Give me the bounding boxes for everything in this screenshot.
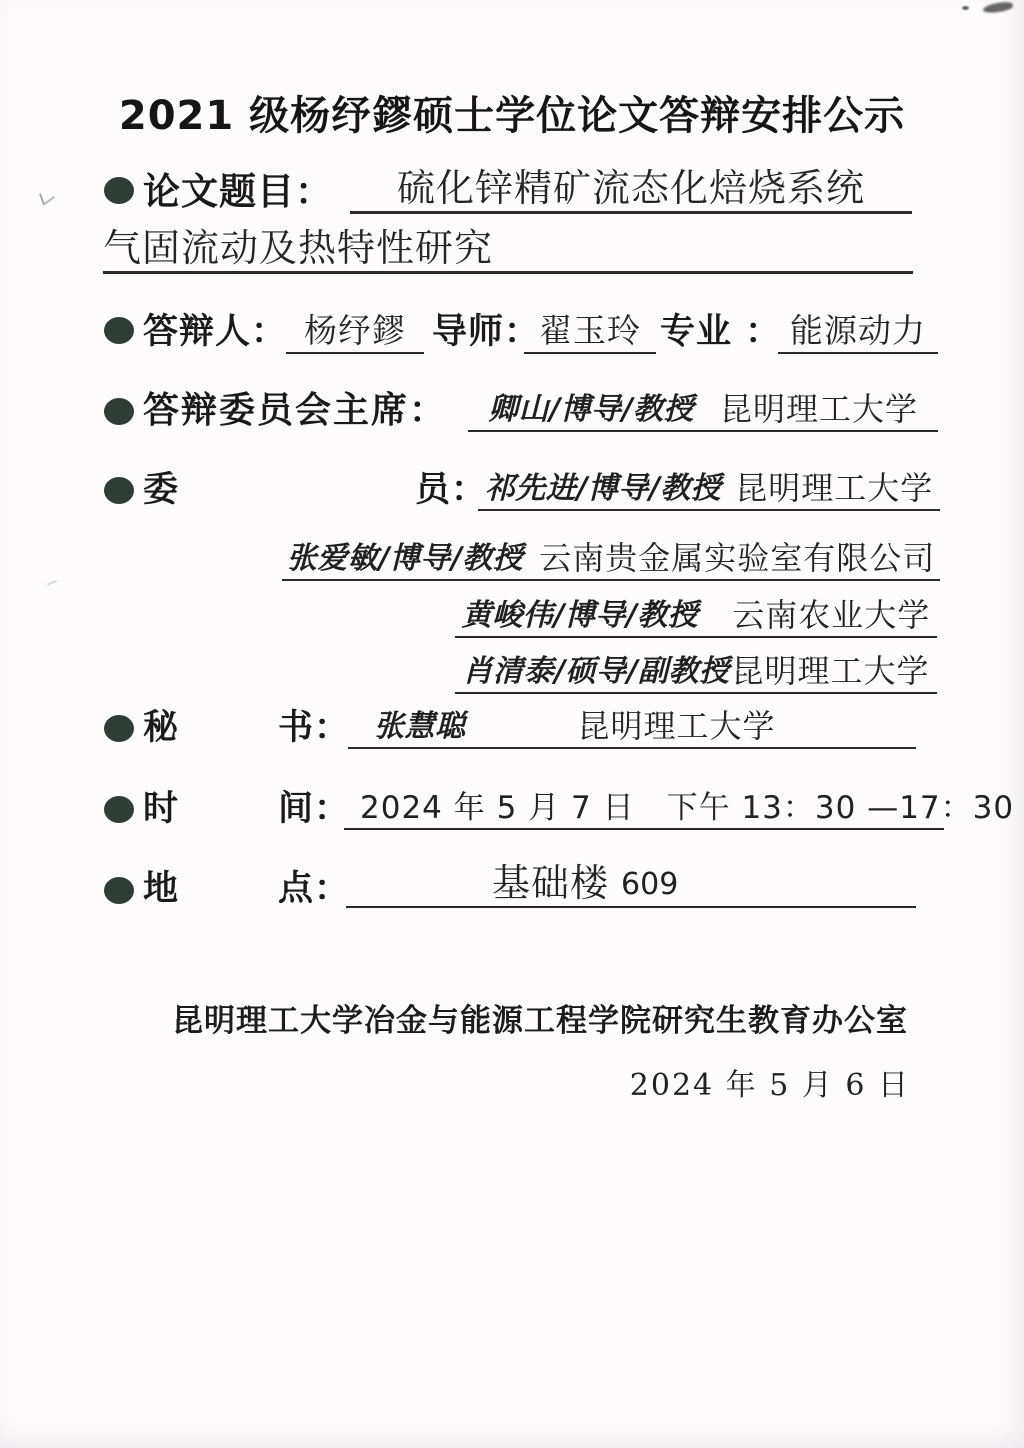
- scanned-notice-page: 2021 级杨纾鏐硕士学位论文答辩安排公示 论文题目： 硫化锌精矿流态化焙烧系统…: [0, 0, 1024, 1448]
- location-label-left: 地: [143, 869, 179, 909]
- defender-name: 杨纾鏐: [304, 310, 406, 352]
- bullet-icon: [104, 796, 134, 823]
- defender-name-field: 杨纾鏐: [286, 306, 424, 354]
- scan-artifact: [983, 1, 1014, 14]
- committee-member-org: 云南农业大学: [732, 595, 930, 636]
- committee-member-name: 黄峻伟/博导/教授: [462, 596, 698, 636]
- supervisor-name: 翟玉玲: [539, 310, 641, 352]
- bullet-icon: [104, 398, 134, 425]
- scan-artifact: [45, 575, 57, 586]
- major-field: 能源动力: [778, 306, 938, 354]
- committee-member-org: 云南贵金属实验室有限公司: [539, 538, 935, 579]
- location-label-right: 点：: [278, 869, 350, 909]
- location-room-number: 609: [621, 865, 678, 905]
- bullet-icon: [104, 477, 134, 504]
- footer-office: 昆明理工大学冶金与能源工程学院研究生教育办公室: [130, 1002, 950, 1040]
- committee-label-right: 员：: [415, 470, 487, 510]
- secretary-label-right: 书：: [278, 708, 350, 748]
- bullet-icon: [104, 177, 134, 204]
- secretary-name: 张慧聪: [374, 707, 466, 747]
- committee-label-left: 委: [143, 470, 179, 510]
- thesis-title-label: 论文题目：: [143, 172, 333, 212]
- scan-artifact: [962, 6, 969, 10]
- thesis-title-field-line2: 气固流动及热特性研究: [103, 224, 913, 274]
- chair-label: 答辩委员会主席：: [143, 391, 447, 431]
- scan-artifact: [39, 186, 55, 206]
- time-field: 2024 年 5 月 7 日 下午 13：30 —17：30: [344, 782, 944, 830]
- time-value: 2024 年 5 月 7 日 下午 13：30 —17：30: [360, 788, 1014, 828]
- chair-org: 昆明理工大学: [720, 389, 918, 430]
- major-label: 专业 ：: [660, 312, 781, 352]
- page-title: 2021 级杨纾鏐硕士学位论文答辩安排公示: [0, 92, 1024, 140]
- bullet-icon: [104, 317, 134, 344]
- committee-member-org: 昆明理工大学: [731, 651, 929, 692]
- major-value: 能源动力: [790, 310, 926, 352]
- location-value: 基础楼: [492, 860, 609, 906]
- chair-name: 卿山/博导/教授: [488, 390, 694, 430]
- bullet-icon: [104, 877, 134, 904]
- committee-member-row: 祁先进/博导/教授 昆明理工大学: [478, 463, 940, 511]
- thesis-title-line2: 气固流动及热特性研究: [103, 225, 493, 271]
- footer-date: 2024 年 5 月 6 日: [630, 1068, 910, 1104]
- secretary-field: 张慧聪 昆明理工大学: [348, 701, 916, 749]
- time-label-left: 时: [143, 789, 179, 829]
- committee-member-row: 张爱敏/博导/教授 云南贵金属实验室有限公司: [282, 533, 940, 581]
- committee-member-org: 昆明理工大学: [735, 468, 933, 509]
- committee-member-name: 祁先进/博导/教授: [485, 469, 721, 509]
- time-label-right: 间：: [278, 789, 350, 829]
- committee-member-row: 肖清泰/硕导/副教授 昆明理工大学: [455, 646, 937, 694]
- defender-label: 答辩人：: [143, 312, 287, 352]
- supervisor-name-field: 翟玉玲: [524, 306, 656, 354]
- committee-member-name: 肖清泰/硕导/副教授: [463, 652, 730, 692]
- thesis-title-field: 硫化锌精矿流态化焙烧系统: [350, 164, 912, 214]
- committee-member-name: 张爱敏/博导/教授: [287, 539, 523, 579]
- committee-member-row: 黄峻伟/博导/教授 云南农业大学: [455, 590, 937, 638]
- chair-field: 卿山/博导/教授 昆明理工大学: [468, 384, 938, 432]
- secretary-label-left: 秘: [143, 708, 179, 748]
- location-field: 基础楼 609: [346, 858, 916, 908]
- secretary-org: 昆明理工大学: [578, 706, 776, 747]
- bullet-icon: [104, 715, 134, 742]
- thesis-title-line1: 硫化锌精矿流态化焙烧系统: [397, 165, 865, 211]
